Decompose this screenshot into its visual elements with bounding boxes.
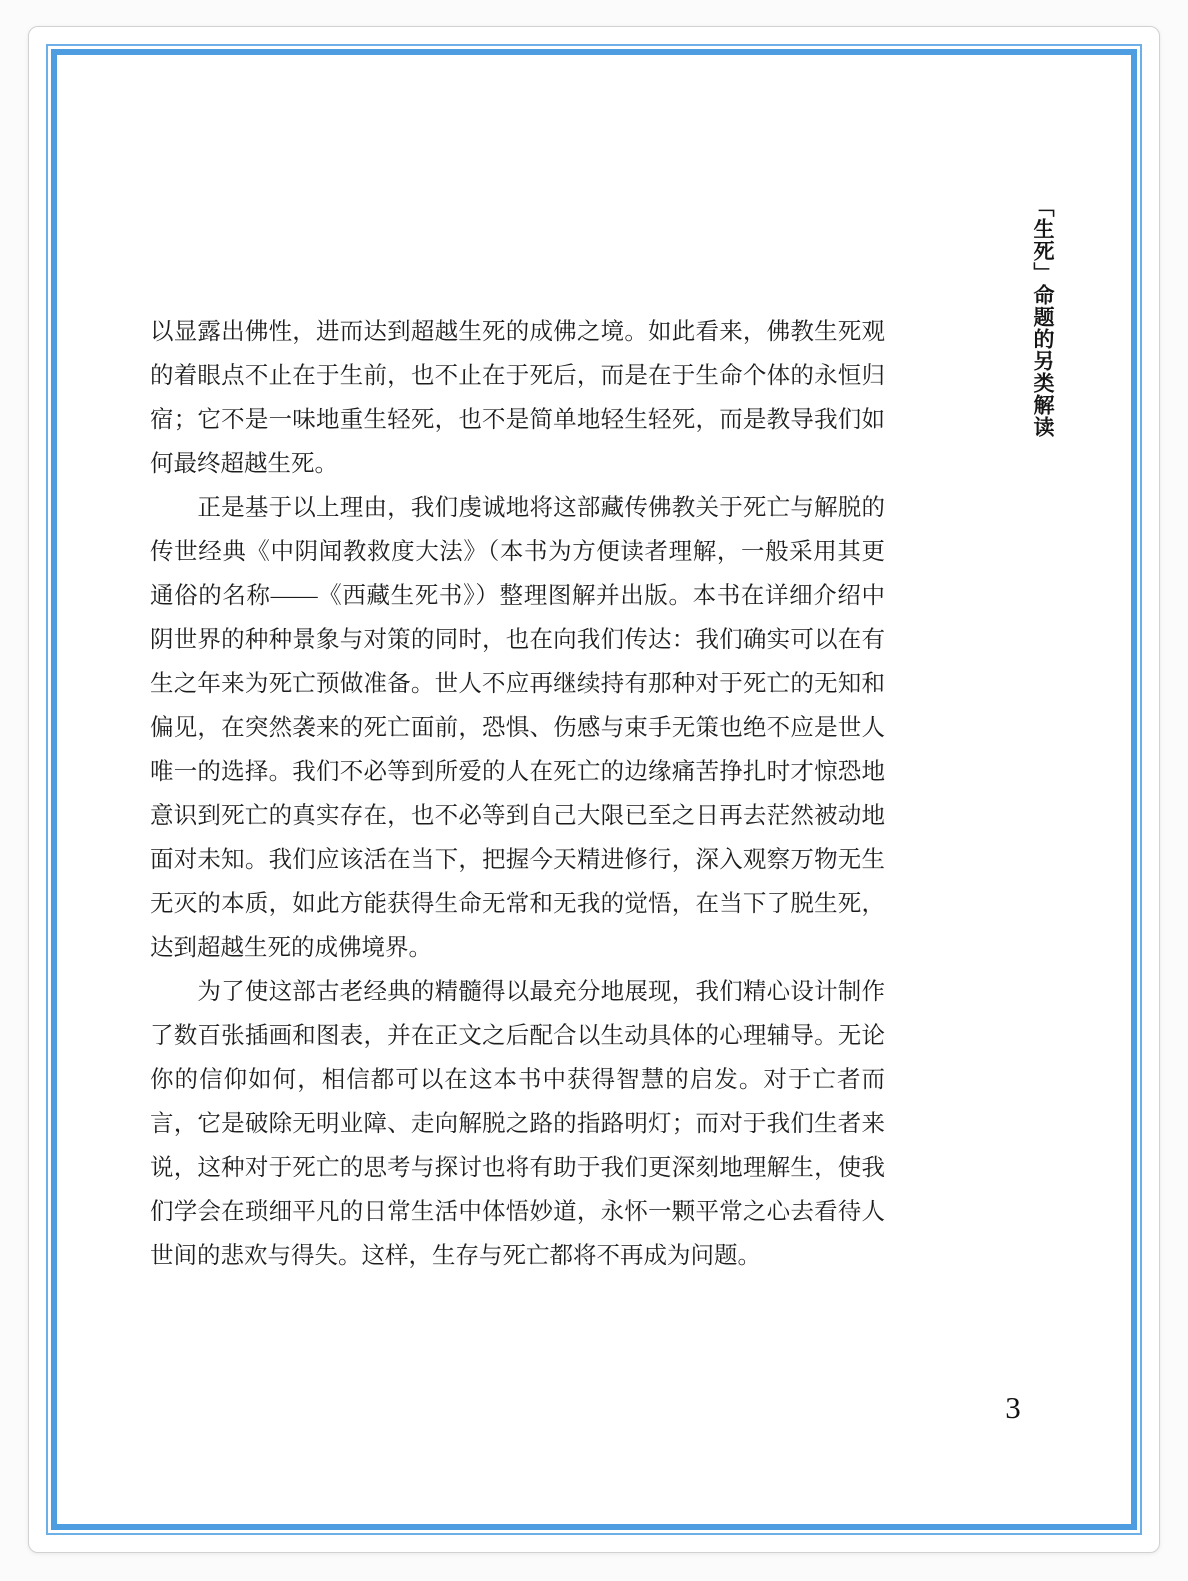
text-line: 世间的悲欢与得失。这样，生存与死亡都将不再成为问题。: [150, 1234, 885, 1278]
text-line: 生之年来为死亡预做准备。世人不应再继续持有那种对于死亡的无知和: [150, 662, 885, 706]
text-line: 了数百张插画和图表，并在正文之后配合以生动具体的心理辅导。无论: [150, 1014, 885, 1058]
text-line: 以显露出佛性，进而达到超越生死的成佛之境。如此看来，佛教生死观: [150, 310, 885, 354]
text-line: 宿；它不是一味地重生轻死，也不是简单地轻生轻死，而是教导我们如: [150, 398, 885, 442]
text-line: 们学会在琐细平凡的日常生活中体悟妙道，永怀一颗平常之心去看待人: [150, 1190, 885, 1234]
text-line: 面对未知。我们应该活在当下，把握今天精进修行，深入观察万物无生: [150, 838, 885, 882]
text-line: 你的信仰如何，相信都可以在这本书中获得智慧的启发。对于亡者而: [150, 1058, 885, 1102]
text-line: 偏见，在突然袭来的死亡面前，恐惧、伤感与束手无策也绝不应是世人: [150, 706, 885, 750]
text-line: 传世经典《中阴闻教救度大法》（本书为方便读者理解，一般采用其更: [150, 530, 885, 574]
text-line: 达到超越生死的成佛境界。: [150, 926, 885, 970]
body-text: 以显露出佛性，进而达到超越生死的成佛之境。如此看来，佛教生死观的着眼点不止在于生…: [150, 310, 885, 1278]
page-content: 「生死」命题的另类解读 以显露出佛性，进而达到超越生死的成佛之境。如此看来，佛教…: [0, 0, 1188, 1581]
text-line: 唯一的选择。我们不必等到所爱的人在死亡的边缘痛苦挣扎时才惊恐地: [150, 750, 885, 794]
text-line: 通俗的名称——《西藏生死书》）整理图解并出版。本书在详细介绍中: [150, 574, 885, 618]
page-number: 3: [993, 1390, 1033, 1426]
text-line: 正是基于以上理由，我们虔诚地将这部藏传佛教关于死亡与解脱的: [150, 486, 885, 530]
text-line: 为了使这部古老经典的精髓得以最充分地展现，我们精心设计制作: [150, 970, 885, 1014]
text-line: 无灭的本质，如此方能获得生命无常和无我的觉悟，在当下了脱生死，: [150, 882, 885, 926]
text-line: 言，它是破除无明业障、走向解脱之路的指路明灯；而对于我们生者来: [150, 1102, 885, 1146]
text-line: 阴世界的种种景象与对策的同时，也在向我们传达：我们确实可以在有: [150, 618, 885, 662]
text-line: 何最终超越生死。: [150, 442, 885, 486]
text-line: 意识到死亡的真实存在，也不必等到自己大限已至之日再去茫然被动地: [150, 794, 885, 838]
text-line: 的着眼点不止在于生前，也不止在于死后，而是在于生命个体的永恒归: [150, 354, 885, 398]
margin-title: 「生死」命题的另类解读: [1030, 196, 1054, 476]
text-line: 说，这种对于死亡的思考与探讨也将有助于我们更深刻地理解生，使我: [150, 1146, 885, 1190]
